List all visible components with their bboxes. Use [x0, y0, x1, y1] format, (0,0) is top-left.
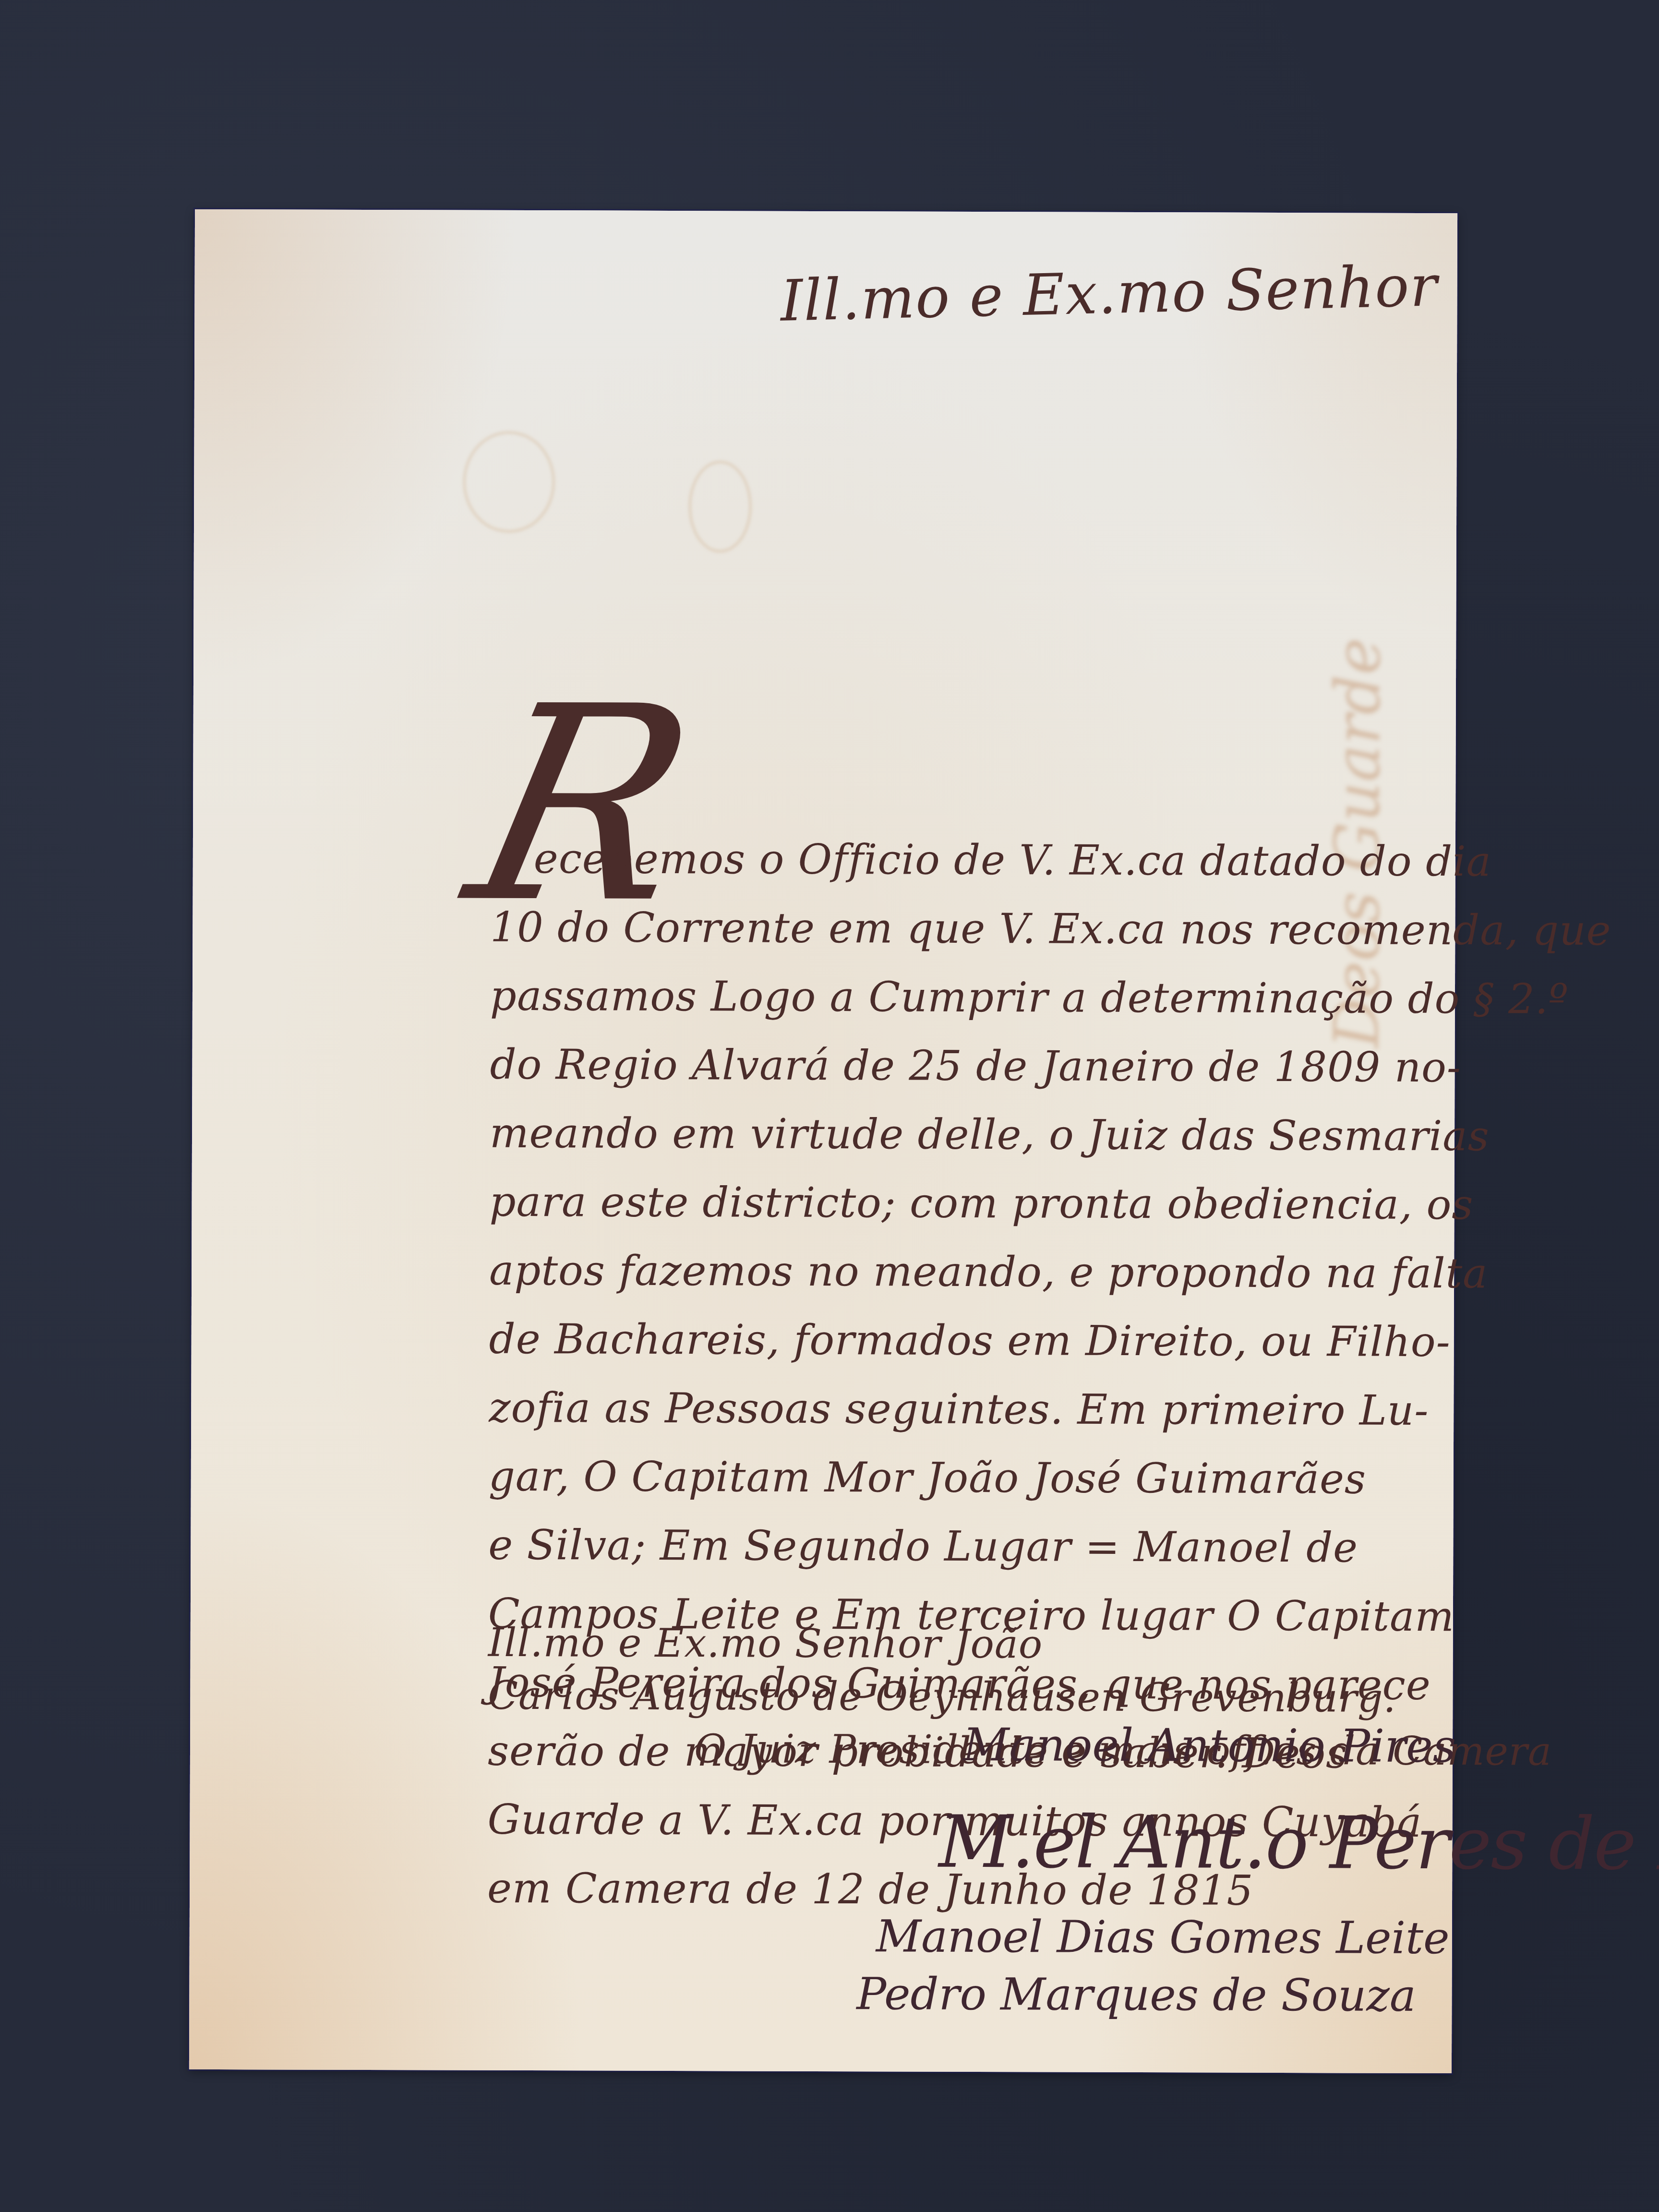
body-line: aptos fazemos no meando, e propondo na f… — [489, 1237, 1411, 1308]
foxing-stain — [688, 460, 752, 553]
signature: Pedro Marques de Souza — [856, 1968, 1416, 2021]
addressee-line: Ill.mo e Ex.mo Senhor João — [488, 1617, 1448, 1672]
addressee-line: Carlos Augusto de Oeynhausen Grevenburg. — [488, 1670, 1448, 1725]
salutation: Ill.mo e Ex.mo Senhor — [780, 252, 1439, 334]
body-line: do Regio Alvará de 25 de Janeiro de 1809… — [490, 1031, 1411, 1102]
body-line: passamos Logo a Cumprir a determinação d… — [490, 962, 1412, 1034]
signature: Manoel Dias Gomes Leite — [876, 1911, 1450, 1964]
manuscript-page: Deos Guarde Ill.mo e Ex.mo Senhor R eceb… — [189, 209, 1457, 2073]
foxing-stain — [463, 431, 555, 533]
body-line: ecebemos o Officio de V. Ex.ca datado do… — [491, 825, 1412, 896]
body-line: 10 do Corrente em que V. Ex.ca nos recom… — [490, 893, 1412, 965]
signature: M.el Ant.o Peres de Mir.da — [938, 1801, 1659, 1887]
body-line: zofia as Pessoas seguintes. Em primeiro … — [489, 1374, 1410, 1445]
body-line: e Silva; Em Segundo Lugar = Manoel de — [488, 1511, 1410, 1583]
body-line: de Bachareis, formados em Direito, ou Fi… — [489, 1305, 1410, 1377]
body-line: para este districto; com pronta obedienc… — [489, 1168, 1411, 1239]
body-line: meando em virtude delle, o Juiz das Sesm… — [490, 1099, 1411, 1171]
body-line: gar, O Capitam Mor João José Guimarães — [489, 1443, 1410, 1514]
signature: Manoel Antonio Pires — [963, 1719, 1456, 1773]
